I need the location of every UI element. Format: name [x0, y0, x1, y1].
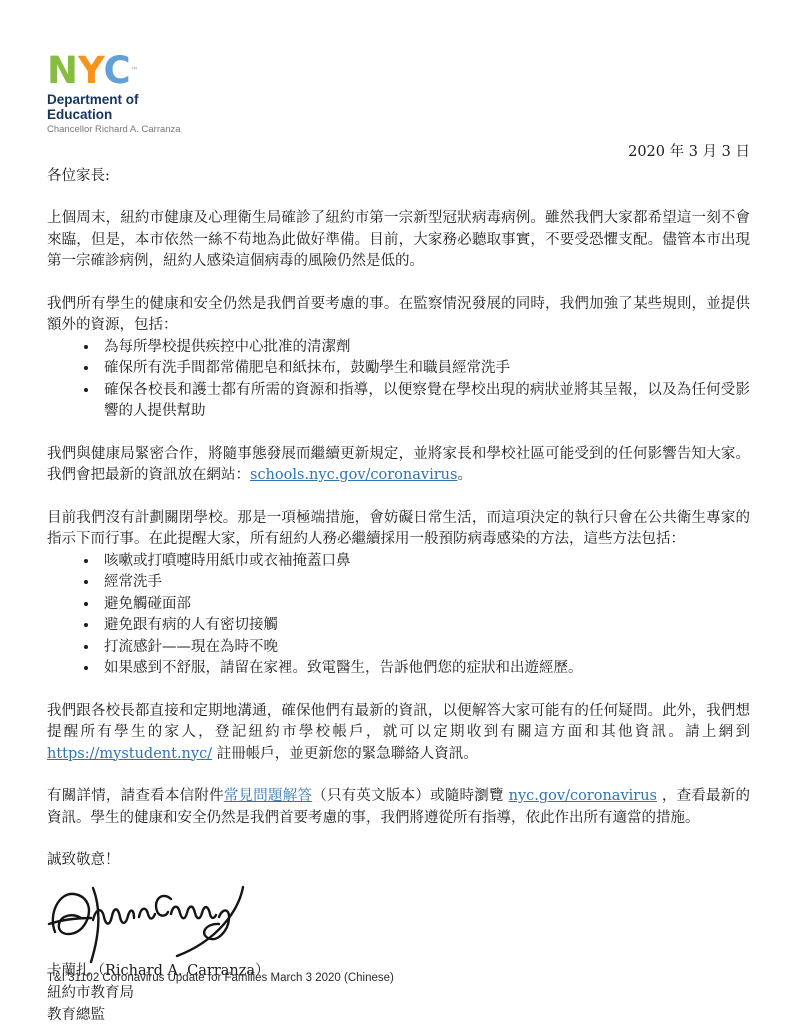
mystudent-link[interactable]: https://mystudent.nyc/: [47, 746, 212, 762]
prevention-bullet-item: 避免跟有病的人有密切接觸: [99, 615, 750, 637]
prevention-bullet-item: 經常洗手: [99, 572, 750, 594]
paragraph-more-info-seg2: （只有英文版本）或隨時瀏覽: [312, 788, 508, 804]
logo-letter-y: Y: [78, 49, 103, 92]
nyc-coronavirus-link[interactable]: nyc.gov/coronavirus: [509, 788, 657, 804]
paragraph-health-dept: 我們與健康局緊密合作，將隨事態發展而繼續更新規定，並將家長和學校社區可能受到的任…: [47, 444, 750, 487]
schools-coronavirus-link[interactable]: schools.nyc.gov/coronavirus: [250, 467, 457, 483]
letter-page: NYC™ Department of Education Chancellor …: [0, 0, 791, 1024]
faq-attachment-link[interactable]: 常見問題解答: [224, 788, 312, 804]
prevention-bullet-item: 如果感到不舒服，請留在家裡。致電醫生，告訴他們您的症狀和出遊經歷。: [99, 658, 750, 680]
closing-salute: 誠致敬意！: [47, 850, 750, 872]
resources-bullet-list: 為每所學校提供疾控中心批准的清潔劑 確保所有洗手間都常備肥皂和紙抹布，鼓勵學生和…: [47, 337, 750, 423]
paragraph-no-closure-intro: 目前我們沒有計劃關閉學校。那是一項極端措施，會妨礙日常生活，而這項決定的執行只會…: [47, 508, 750, 551]
resources-bullet-item: 確保所有洗手間都常備肥皂和紙抹布，鼓勵學生和職員經常洗手: [99, 358, 750, 380]
paragraph-more-info-seg1: 有關詳情，請查看本信附件: [47, 788, 224, 804]
letter-content: NYC™ Department of Education Chancellor …: [47, 0, 750, 1024]
logo-letter-n: N: [47, 49, 78, 92]
resources-bullet-item: 為每所學校提供疾控中心批准的清潔劑: [99, 337, 750, 359]
logo-trademark: ™: [131, 66, 139, 75]
logo-letter-c: C: [103, 49, 130, 92]
signature-scrawl-icon: [47, 878, 252, 966]
nyc-doe-logo: NYC™ Department of Education Chancellor …: [47, 53, 750, 136]
logo-department-line2: Education: [47, 107, 750, 122]
paragraph-mystudent-text: 我們跟各校長都直接和定期地溝通，確保他們有最新的資訊，以便解答大家可能有的任何疑…: [47, 703, 750, 741]
paragraph-first-case: 上個周末，紐約市健康及心理衛生局確診了紐約市第一宗新型冠狀病毒病例。雖然我們大家…: [47, 208, 750, 273]
logo-department-line1: Department of: [47, 92, 750, 107]
paragraph-mystudent: 我們跟各校長都直接和定期地溝通，確保他們有最新的資訊，以便解答大家可能有的任何疑…: [47, 701, 750, 766]
letter-date: 2020 年 3 月 3 日: [47, 142, 750, 164]
signer-block: 卡蘭扎（Richard A. Carranza） 紐約市教育局 教育總監: [47, 960, 750, 1024]
signer-organization: 紐約市教育局: [47, 982, 750, 1004]
paragraph-health-dept-period: 。: [457, 467, 472, 483]
logo-department-text: Department of Education: [47, 92, 750, 122]
nyc-logo-wordmark: NYC™: [47, 53, 750, 89]
logo-chancellor-text: Chancellor Richard A. Carranza: [47, 124, 750, 136]
paragraph-mystudent-tail: 註冊帳戶，並更新您的緊急聯絡人資訊。: [212, 746, 478, 762]
signature-image: [47, 878, 750, 966]
prevention-bullet-item: 咳嗽或打噴嚏時用紙巾或衣袖掩蓋口鼻: [99, 551, 750, 573]
prevention-bullet-item: 避免觸碰面部: [99, 594, 750, 616]
prevention-bullet-list: 咳嗽或打噴嚏時用紙巾或衣袖掩蓋口鼻 經常洗手 避免觸碰面部 避免跟有病的人有密切…: [47, 551, 750, 680]
paragraph-resources-intro: 我們所有學生的健康和安全仍然是我們首要考慮的事。在監察情況發展的同時，我們加強了…: [47, 294, 750, 337]
translation-footer: T&I 31102 Coronavirus Update for Familie…: [47, 972, 394, 984]
prevention-bullet-item: 打流感針——現在為時不晚: [99, 637, 750, 659]
paragraph-more-info: 有關詳情，請查看本信附件常見問題解答（只有英文版本）或隨時瀏覽 nyc.gov/…: [47, 786, 750, 829]
resources-bullet-item: 確保各校長和護士都有所需的資源和指導，以便察覺在學校出現的病狀並將其呈報，以及為…: [99, 380, 750, 423]
signer-title: 教育總監: [47, 1004, 750, 1024]
salutation: 各位家長:: [47, 166, 750, 188]
